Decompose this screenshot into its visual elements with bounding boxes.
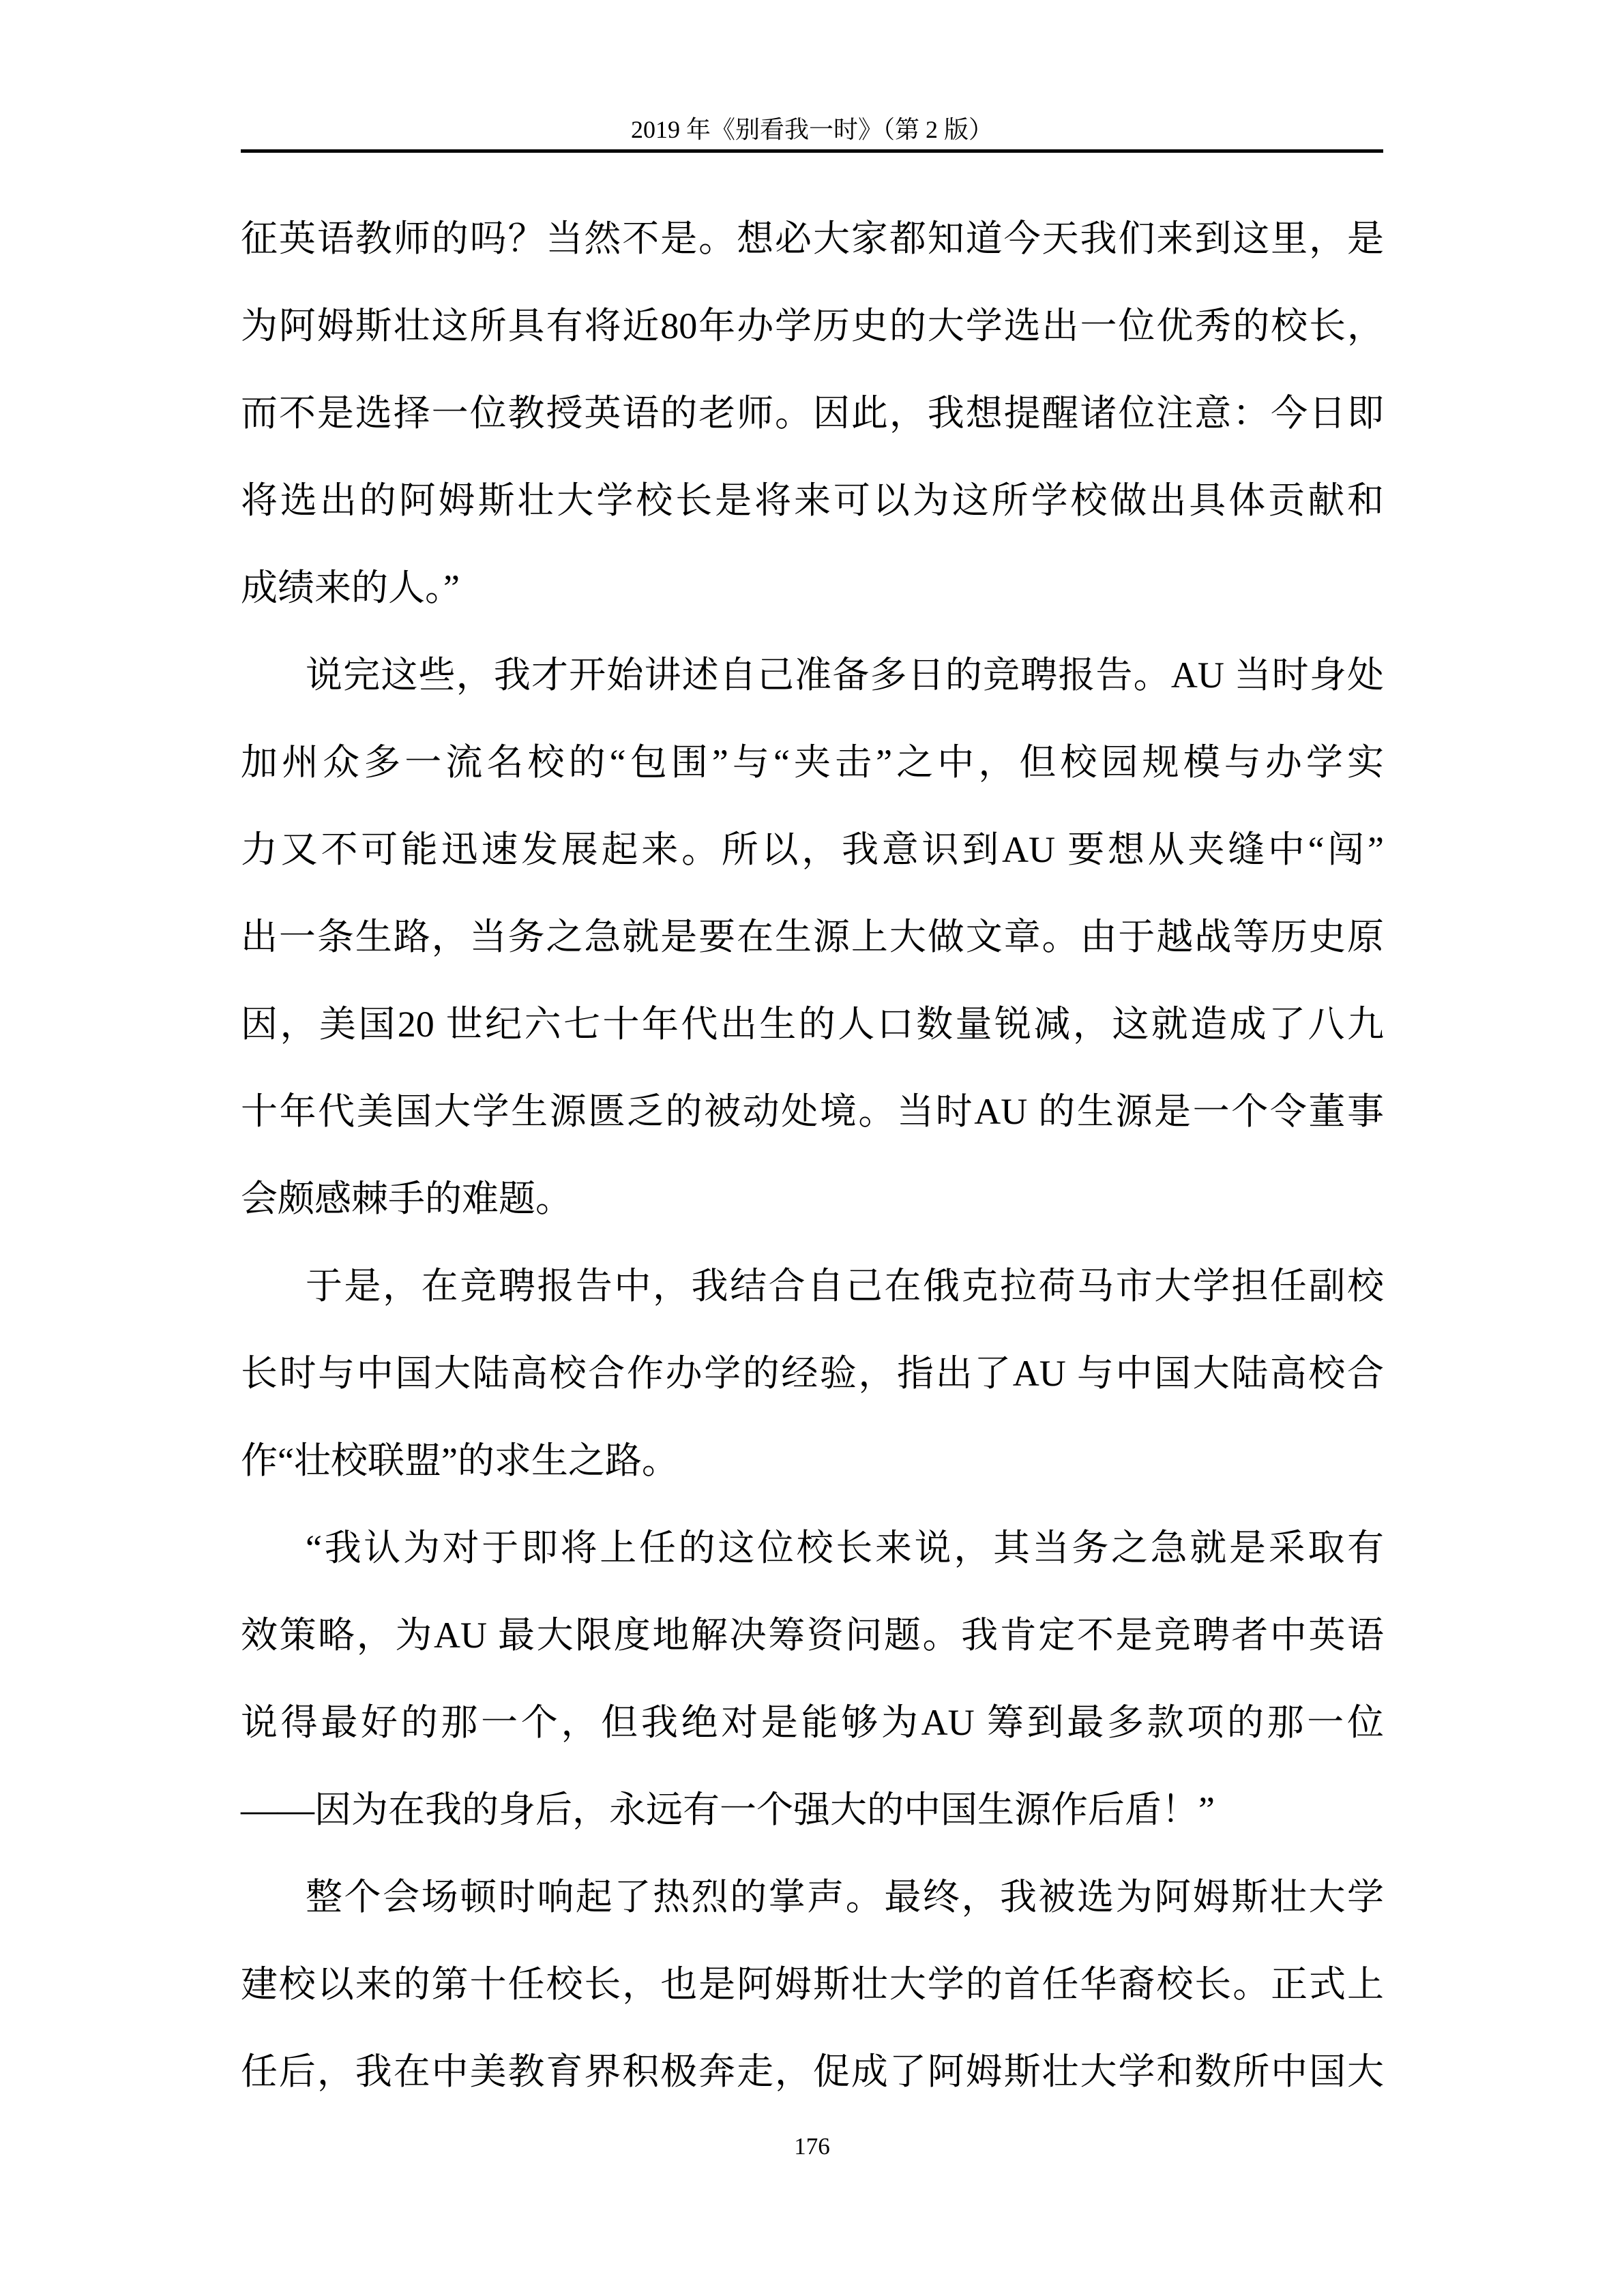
- body-text-line: “我认为对于即将上任的这位校长来说，其当务之急就是采取有: [241, 1504, 1384, 1592]
- body-text-line: 出一条生路，当务之急就是要在生源上大做文章。由于越战等历史原: [241, 893, 1384, 981]
- body-text-line: 长时与中国大陆高校合作办学的经验，指出了AU 与中国大陆高校合: [241, 1330, 1384, 1417]
- body-text-line: 会颇感棘手的难题。: [241, 1155, 1384, 1242]
- body-text-line: 将选出的阿姆斯壮大学校长是将来可以为这所学校做出具体贡献和: [241, 457, 1384, 544]
- page-body-text: 征英语教师的吗？当然不是。想必大家都知道今天我们来到这里，是为阿姆斯壮这所具有将…: [241, 195, 1384, 2115]
- running-header-title: 2019 年《别看我一时》（第 2 版）: [0, 115, 1624, 145]
- body-text-line: 十年代美国大学生源匮乏的被动处境。当时AU 的生源是一个令董事: [241, 1068, 1384, 1155]
- body-text-line: 于是，在竞聘报告中，我结合自己在俄克拉荷马市大学担任副校: [241, 1242, 1384, 1330]
- body-text-line: 建校以来的第十任校长，也是阿姆斯壮大学的首任华裔校长。正式上: [241, 1941, 1384, 2028]
- body-text-line: 而不是选择一位教授英语的老师。因此，我想提醒诸位注意：今日即: [241, 370, 1384, 457]
- body-text-line: 作“壮校联盟”的求生之路。: [241, 1417, 1384, 1504]
- body-text-line: 为阿姆斯壮这所具有将近80年办学历史的大学选出一位优秀的校长，: [241, 282, 1384, 370]
- document-page: 2019 年《别看我一时》（第 2 版） 征英语教师的吗？当然不是。想必大家都知…: [0, 0, 1624, 2296]
- body-text-line: 效策略，为AU 最大限度地解决筹资问题。我肯定不是竞聘者中英语: [241, 1592, 1384, 1679]
- body-text-line: ——因为在我的身后，永远有一个强大的中国生源作后盾！”: [241, 1766, 1384, 1853]
- body-text-line: 整个会场顿时响起了热烈的掌声。最终，我被选为阿姆斯壮大学: [241, 1853, 1384, 1941]
- body-text-line: 力又不可能迅速发展起来。所以，我意识到AU 要想从夹缝中“闯”: [241, 806, 1384, 893]
- body-text-line: 任后，我在中美教育界积极奔走，促成了阿姆斯壮大学和数所中国大: [241, 2028, 1384, 2115]
- body-text-line: 加州众多一流名校的“包围”与“夹击”之中，但校园规模与办学实: [241, 719, 1384, 806]
- body-text-line: 征英语教师的吗？当然不是。想必大家都知道今天我们来到这里，是: [241, 195, 1384, 282]
- header-divider-rule: [241, 149, 1383, 153]
- body-text-line: 说得最好的那一个，但我绝对是能够为AU 筹到最多款项的那一位: [241, 1679, 1384, 1766]
- page-number: 176: [0, 2132, 1624, 2162]
- body-text-line: 因，美国20 世纪六七十年代出生的人口数量锐减，这就造成了八九: [241, 981, 1384, 1068]
- body-text-line: 说完这些，我才开始讲述自己准备多日的竞聘报告。AU 当时身处: [241, 631, 1384, 719]
- body-text-line: 成绩来的人。”: [241, 544, 1384, 631]
